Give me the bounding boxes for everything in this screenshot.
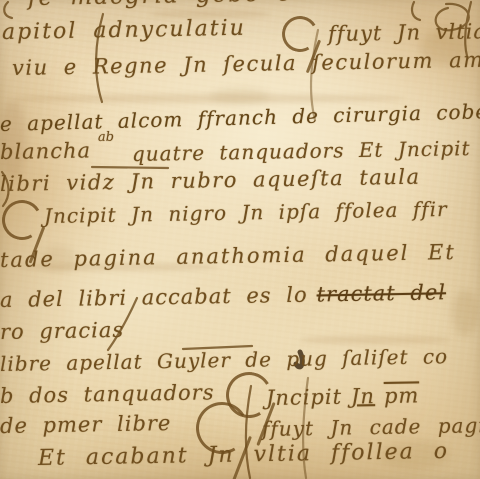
manuscript-page: ſe macgria gebo e apitol adnyculatiu ffu… [0,0,480,479]
ink-flourish [412,2,420,20]
text-line: tade pagina anathomia daquel Et [0,240,456,272]
interlinear-insertion: ab [98,130,114,145]
struck-text-segment: tractat del [316,280,446,306]
text-segment: Jncipit [266,385,342,410]
text-line: b dos tanquadors [0,380,215,408]
text-line: ffuyt Jn cade pagin [262,413,480,441]
text-line: de pmer libre [0,411,172,438]
text-line: Jncipit Jn nigro Jn ipſa ffolea ffir [44,197,448,228]
ink-showthrough [15,94,405,103]
text-line: blancha [0,138,91,164]
paper-stain [452,290,478,336]
capitulum-ink-mark [278,12,322,56]
text-line: ſe macgria gebo e [28,0,293,11]
text-segment: a del libri accabat es lo [0,283,308,312]
text-line: libri vidz Jn rubro aqueſta taula [0,165,421,196]
text-line: Et acabant Jn vltia ffollea o [38,439,449,471]
abbreviated-text-segment: pm [384,383,420,408]
text-line: JncipitJnpm [266,383,420,410]
ink-underline-quatre [92,167,168,168]
ink-flourish [4,2,12,18]
capitulum-ink-mark [0,196,46,244]
text-line: e apellat alcom ffranch de cirurgia cobe… [0,99,480,136]
text-line: ro gracias [0,318,124,344]
text-line: quatre tanquadors Et Jncipit [132,136,471,166]
text-line: ffuyt Jn vltia [328,19,480,46]
ink-showthrough [300,336,450,344]
text-line: a del libri accabat es lotractat del [0,280,446,312]
text-line: libre apellat Guyler de pug ſaliſet co [0,344,448,376]
text-line: apitol adnyculatiu [2,16,246,45]
text-line: viu e Regne Jn ſecula ſeculorum amen [12,47,480,80]
underlined-text-segment: Jn [351,384,375,408]
